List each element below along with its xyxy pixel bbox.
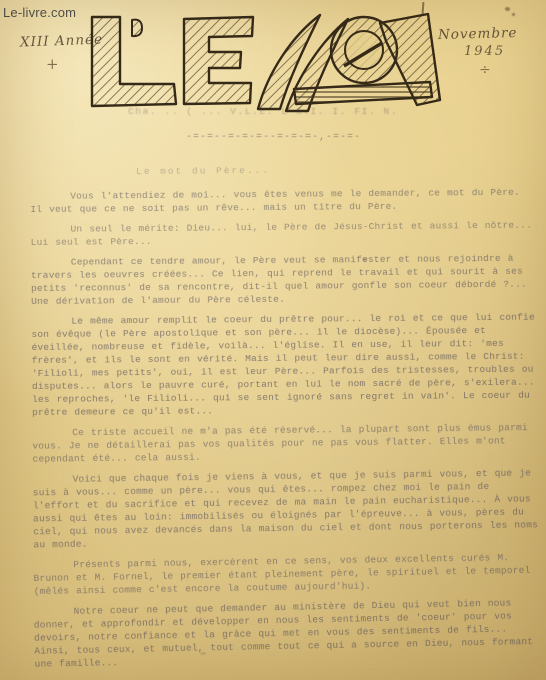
issue-year: 1945 [464, 44, 505, 59]
paragraph: Un seul le mérite: Dieu... lui, le Père … [30, 219, 536, 249]
paragraph: Cependant ce tendre amour, le Père veut … [31, 252, 537, 308]
paragraph: Voici que chaque fois je viens à vous, e… [32, 466, 539, 551]
apostrophe-glyph [132, 20, 142, 36]
scanned-newsletter-page: Le-livre.com XIII Année + Novembre 1945 … [0, 0, 546, 680]
watermark-text: Le-livre.com [3, 5, 76, 20]
dashed-separator: -=-=--=-=-=--=-=-=-,-=-=- [186, 132, 361, 143]
paper-speck [512, 13, 515, 16]
paragraph: Notre coeur ne peut que demander au mini… [34, 596, 541, 671]
cross-mark-right: ÷ [479, 62, 491, 78]
masthead-subtitle: Cha. .. ( ... V.L.E. L S.I. I. FI. N. [128, 106, 428, 117]
article-body: Le mot du Père... Vous l'attendiez de mo… [30, 162, 540, 668]
paragraph: Le même amour remplit le coeur du prêtre… [31, 311, 538, 419]
paragraph: Ce triste accueil ne m'a pas été réservé… [32, 421, 538, 466]
paper-speck [505, 7, 510, 11]
paragraph: Présents parmi nous, exercèrent en ce se… [33, 551, 540, 598]
issue-month: Novembre [438, 25, 518, 43]
masthead-lessor-logo-art [80, 10, 442, 118]
article-heading: Le mot du Père... [136, 162, 536, 178]
cross-mark-left: + [46, 55, 59, 73]
letter-E [184, 17, 253, 104]
paragraph: Vous l'attendiez de moi... vous êtes ven… [30, 186, 536, 216]
